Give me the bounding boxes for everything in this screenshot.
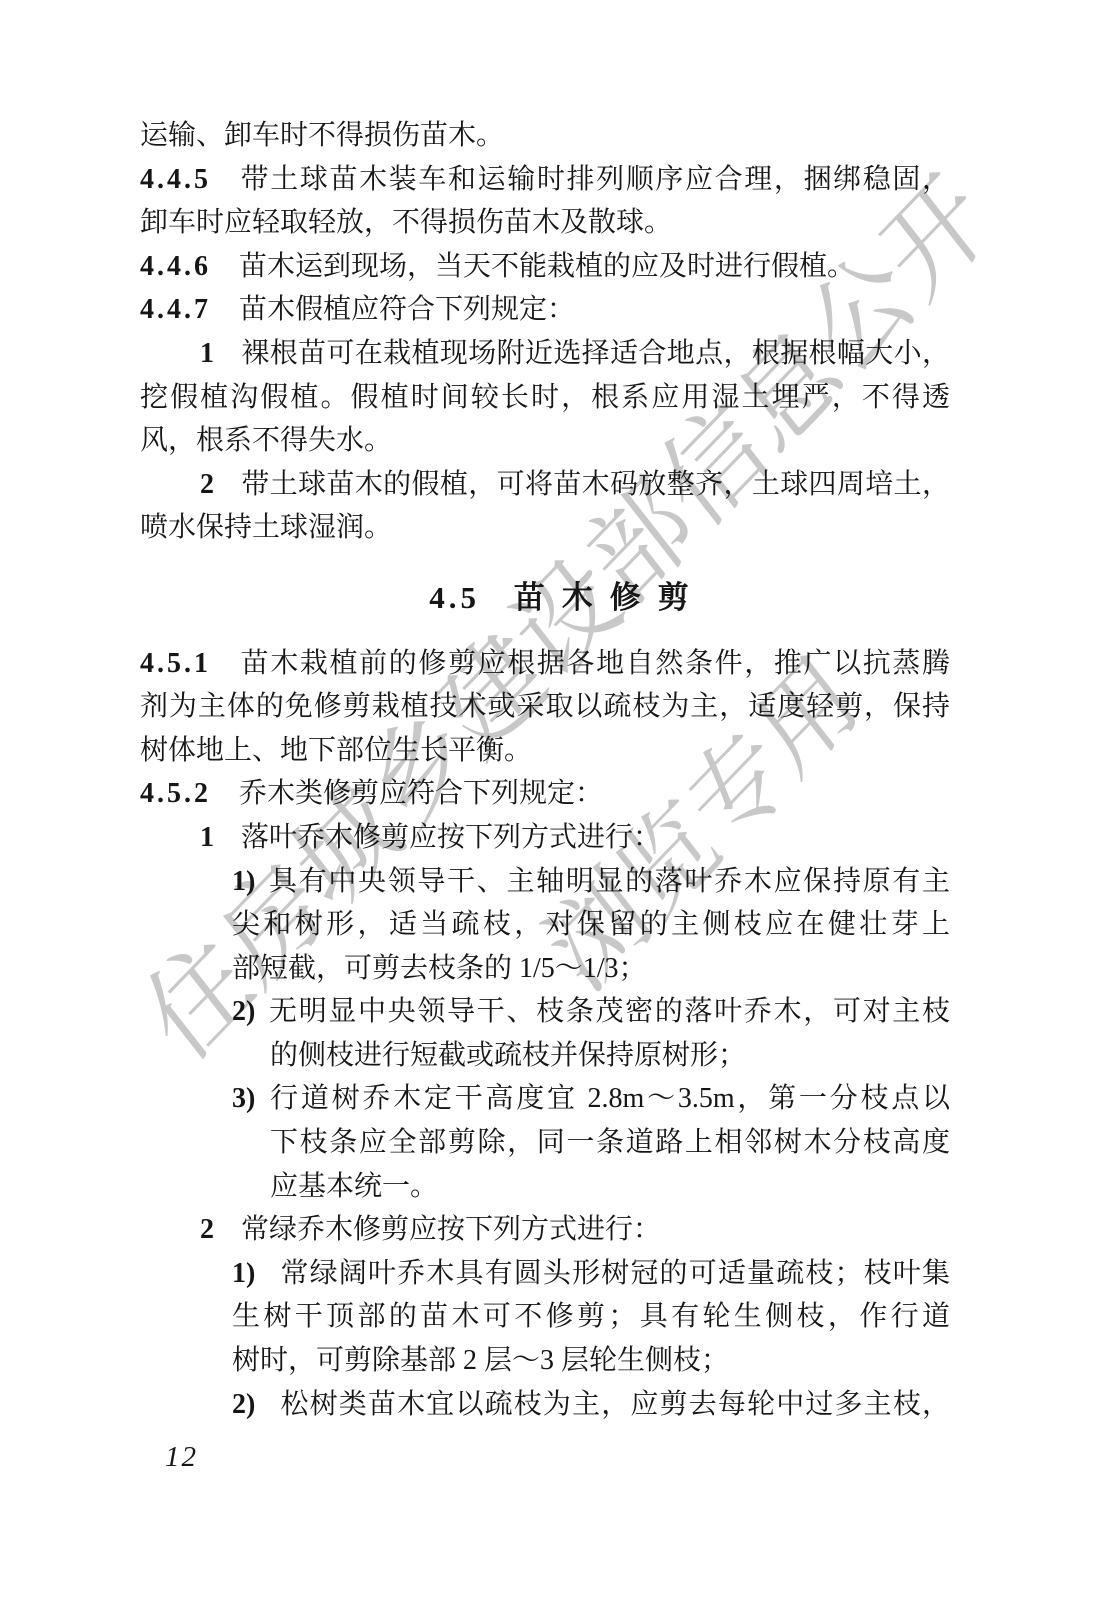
line-text: 苗木运到现场，当天不能栽植的应及时进行假植。 [239,251,855,282]
line-marker: 2) [232,1389,255,1420]
text-line: 挖假植沟假植。假植时间较长时，根系应用湿土埋严，不得透 [140,376,950,420]
line-text: 尖和树形，适当疏枝，对保留的主侧枝应在健壮芽上 [232,909,950,940]
line-marker: 4.4.7 [140,294,211,325]
text-line: 1)常绿阔叶乔木具有圆头形树冠的可适量疏枝；枝叶集 [232,1252,950,1296]
line-marker: 4.5.2 [140,778,211,809]
text-line: 4.5.1苗木栽植前的修剪应根据各地自然条件，推广以抗蒸腾 [140,642,950,686]
line-text: 具有中央领导干、主轴明显的落叶乔木应保持原有主 [267,866,950,897]
text-line: 生树干顶部的苗木可不修剪；具有轮生侧枝，作行道 [232,1295,950,1339]
text-line: 尖和树形，适当疏枝，对保留的主侧枝应在健壮芽上 [232,903,950,947]
line-text: 松树类苗木宜以疏枝为主，应剪去每轮中过多主枝， [279,1389,950,1420]
line-marker: 2 [200,469,214,500]
line-text: 风，根系不得失水。 [140,425,392,456]
line-text: 挖假植沟假植。假植时间较长时，根系应用湿土埋严，不得透 [140,382,950,413]
line-text: 生树干顶部的苗木可不修剪；具有轮生侧枝，作行道 [232,1301,950,1332]
line-text: 的侧枝进行短截或疏枝并保持原树形； [270,1040,746,1071]
text-line: 4.4.6苗木运到现场，当天不能栽植的应及时进行假植。 [140,245,950,289]
line-marker: 1) [232,1258,255,1289]
line-text: 常绿阔叶乔木具有圆头形树冠的可适量疏枝；枝叶集 [279,1258,950,1289]
section-heading: 4.5 苗木修剪 [140,576,950,620]
text-line: 运输、卸车时不得损伤苗木。 [140,114,950,158]
text-line: 1落叶乔木修剪应按下列方式进行： [200,816,950,860]
text-line: 部短截，可剪去枝条的 1/5～1/3； [232,947,950,991]
text-line: 树时，可剪除基部 2 层～3 层轮生侧枝； [232,1339,950,1383]
line-text: 剂为主体的免修剪栽植技术或采取以疏枝为主，适度轻剪，保持 [140,691,950,722]
text-line: 树体地上、地下部位生长平衡。 [140,729,950,773]
line-marker: 1) [232,866,255,897]
line-text: 带土球苗木的假植，可将苗木码放整齐，土球四周培土， [241,469,950,500]
line-text: 行道树乔木定干高度宜 2.8m～3.5m，第一分枝点以 [267,1083,950,1114]
text-line: 2)无明显中央领导干、枝条茂密的落叶乔木，可对主枝 [232,990,950,1034]
line-text: 应基本统一。 [270,1171,438,1202]
text-line: 风，根系不得失水。 [140,419,950,463]
text-line: 4.4.7苗木假植应符合下列规定： [140,288,950,332]
text-line: 的侧枝进行短截或疏枝并保持原树形； [270,1034,950,1078]
text-line: 1裸根苗可在栽植现场附近选择适合地点，根据根幅大小， [200,332,950,376]
line-text: 常绿乔木修剪应按下列方式进行： [241,1214,661,1245]
text-line: 4.4.5带土球苗木装车和运输时排列顺序应合理，捆绑稳固， [140,158,950,202]
text-line: 3)行道树乔木定干高度宜 2.8m～3.5m，第一分枝点以 [232,1077,950,1121]
line-text: 喷水保持土球湿润。 [140,512,392,543]
paragraph-block-top: 运输、卸车时不得损伤苗木。4.4.5带土球苗木装车和运输时排列顺序应合理，捆绑稳… [140,114,950,550]
text-line: 喷水保持土球湿润。 [140,506,950,550]
paragraph-block-bottom: 4.5.1苗木栽植前的修剪应根据各地自然条件，推广以抗蒸腾剂为主体的免修剪栽植技… [140,642,950,1427]
line-marker: 4.5.1 [140,648,211,679]
line-text: 树时，可剪除基部 2 层～3 层轮生侧枝； [232,1345,729,1376]
line-text: 落叶乔木修剪应按下列方式进行： [241,822,661,853]
line-marker: 4.4.6 [140,251,211,282]
line-text: 带土球苗木装车和运输时排列顺序应合理，捆绑稳固， [239,164,950,195]
section-title: 苗木修剪 [514,580,706,615]
line-marker: 2) [232,996,255,1027]
line-text: 树体地上、地下部位生长平衡。 [140,735,532,766]
line-marker: 1 [200,822,214,853]
line-marker: 3) [232,1083,255,1114]
line-marker: 4.4.5 [140,164,211,195]
line-text: 部短截，可剪去枝条的 1/5～1/3； [232,953,647,984]
line-text: 卸车时应轻取轻放，不得损伤苗木及散球。 [140,207,672,238]
line-marker: 2 [200,1214,214,1245]
line-text: 乔木类修剪应符合下列规定： [239,778,603,809]
line-text: 无明显中央领导干、枝条茂密的落叶乔木，可对主枝 [267,996,950,1027]
text-line: 剂为主体的免修剪栽植技术或采取以疏枝为主，适度轻剪，保持 [140,685,950,729]
line-text: 苗木栽植前的修剪应根据各地自然条件，推广以抗蒸腾 [239,648,950,679]
document-content: 运输、卸车时不得损伤苗木。4.4.5带土球苗木装车和运输时排列顺序应合理，捆绑稳… [140,114,950,1480]
line-text: 下枝条应全部剪除，同一条道路上相邻树木分枝高度 [270,1127,950,1158]
text-line: 2带土球苗木的假植，可将苗木码放整齐，土球四周培土， [200,463,950,507]
text-line: 2常绿乔木修剪应按下列方式进行： [200,1208,950,1252]
document-page: 住房城乡建设部信息公开 浏览专用 运输、卸车时不得损伤苗木。4.4.5带土球苗木… [0,0,1103,1597]
section-number: 4.5 [429,580,480,615]
text-line: 下枝条应全部剪除，同一条道路上相邻树木分枝高度 [270,1121,950,1165]
text-line: 卸车时应轻取轻放，不得损伤苗木及散球。 [140,201,950,245]
text-line: 应基本统一。 [270,1165,950,1209]
line-text: 运输、卸车时不得损伤苗木。 [140,120,504,151]
page-number: 12 [165,1436,950,1480]
text-line: 1)具有中央领导干、主轴明显的落叶乔木应保持原有主 [232,860,950,904]
text-line: 2)松树类苗木宜以疏枝为主，应剪去每轮中过多主枝， [232,1383,950,1427]
line-text: 裸根苗可在栽植现场附近选择适合地点，根据根幅大小， [241,338,950,369]
text-line: 4.5.2乔木类修剪应符合下列规定： [140,772,950,816]
line-marker: 1 [200,338,214,369]
line-text: 苗木假植应符合下列规定： [239,294,575,325]
